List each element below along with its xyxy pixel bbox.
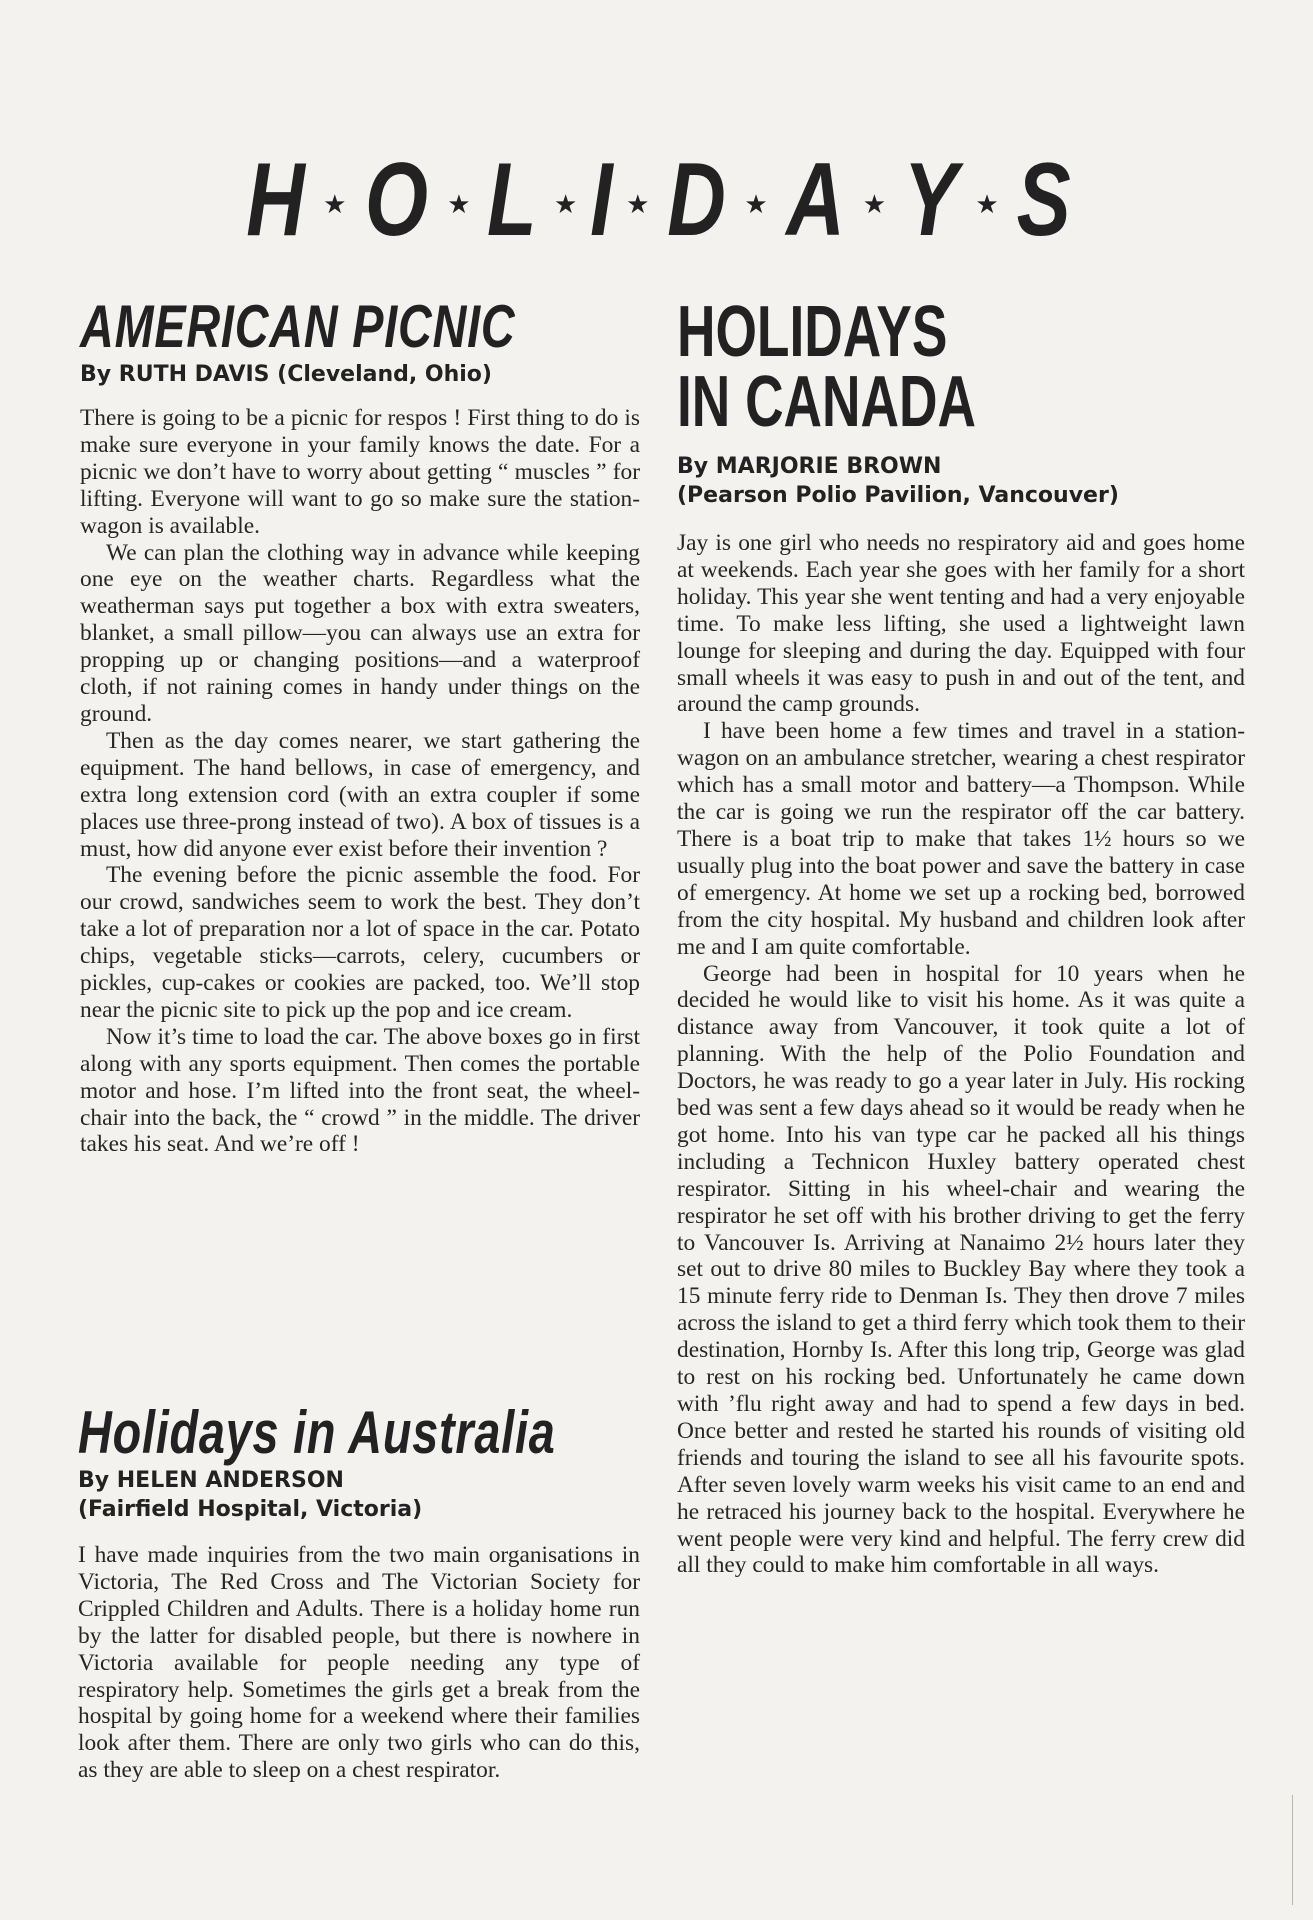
- masthead-letter: I: [590, 148, 613, 252]
- masthead-letter: L: [487, 148, 537, 252]
- masthead-letter: O: [365, 148, 428, 252]
- page-edge-mark: [1292, 1795, 1293, 1905]
- masthead-title: H ★ O ★ L ★ I ★ D ★ A ★ Y ★ S: [238, 150, 1078, 250]
- paragraph: There is going to be a picnic for respos…: [80, 405, 640, 540]
- paragraph: I have made inquiries from the two main …: [78, 1542, 640, 1784]
- star-icon: ★: [626, 190, 649, 220]
- star-icon: ★: [554, 190, 577, 220]
- article-body: There is going to be a picnic for respos…: [80, 405, 640, 1158]
- article-title: Holidays in Australia: [78, 1404, 516, 1462]
- paragraph: Then as the day comes nearer, we start g…: [80, 728, 640, 863]
- paragraph: George had been in hospital for 10 years…: [677, 961, 1245, 1580]
- article-holidays-in-canada: HOLIDAYS IN CANADA By MARJORIE BROWN (Pe…: [677, 296, 1245, 1579]
- byline-author: By MARJORIE BROWN: [677, 452, 1245, 481]
- article-american-picnic: AMERICAN PICNIC By RUTH DAVIS (Cleveland…: [80, 296, 640, 1158]
- masthead-letter: A: [786, 148, 845, 252]
- article-byline: By MARJORIE BROWN (Pearson Polio Pavilio…: [677, 452, 1245, 510]
- masthead-letter: S: [1016, 148, 1070, 252]
- byline-author: By HELEN ANDERSON: [78, 1466, 640, 1495]
- star-icon: ★: [975, 190, 998, 220]
- byline-affiliation: (Fairfield Hospital, Victoria): [78, 1495, 640, 1524]
- paragraph: We can plan the clothing way in advance …: [80, 540, 640, 728]
- paragraph: The evening before the picnic assemble t…: [80, 862, 640, 1023]
- article-body: I have made inquiries from the two main …: [78, 1542, 640, 1784]
- masthead-letter: D: [668, 148, 727, 252]
- masthead-letter: H: [246, 148, 305, 252]
- star-icon: ★: [744, 190, 767, 220]
- article-holidays-in-australia: Holidays in Australia By HELEN ANDERSON …: [78, 1404, 640, 1784]
- paragraph: Now it’s time to load the car. The above…: [80, 1024, 640, 1159]
- star-icon: ★: [447, 190, 470, 220]
- article-title: AMERICAN PICNIC: [80, 298, 517, 356]
- article-title-line-2: IN CANADA: [677, 366, 1097, 438]
- byline-affiliation: (Pearson Polio Pavilion, Vancouver): [677, 481, 1245, 510]
- article-title-line-1: HOLIDAYS: [677, 296, 1097, 368]
- paragraph: Jay is one girl who needs no respiratory…: [677, 530, 1245, 718]
- article-body: Jay is one girl who needs no respiratory…: [677, 530, 1245, 1579]
- star-icon: ★: [323, 190, 346, 220]
- article-byline: By HELEN ANDERSON (Fairfield Hospital, V…: [78, 1466, 640, 1524]
- paragraph: I have been home a few times and travel …: [677, 718, 1245, 960]
- article-byline: By RUTH DAVIS (Cleveland, Ohio): [80, 360, 640, 389]
- star-icon: ★: [863, 190, 886, 220]
- masthead-letter: Y: [904, 148, 958, 252]
